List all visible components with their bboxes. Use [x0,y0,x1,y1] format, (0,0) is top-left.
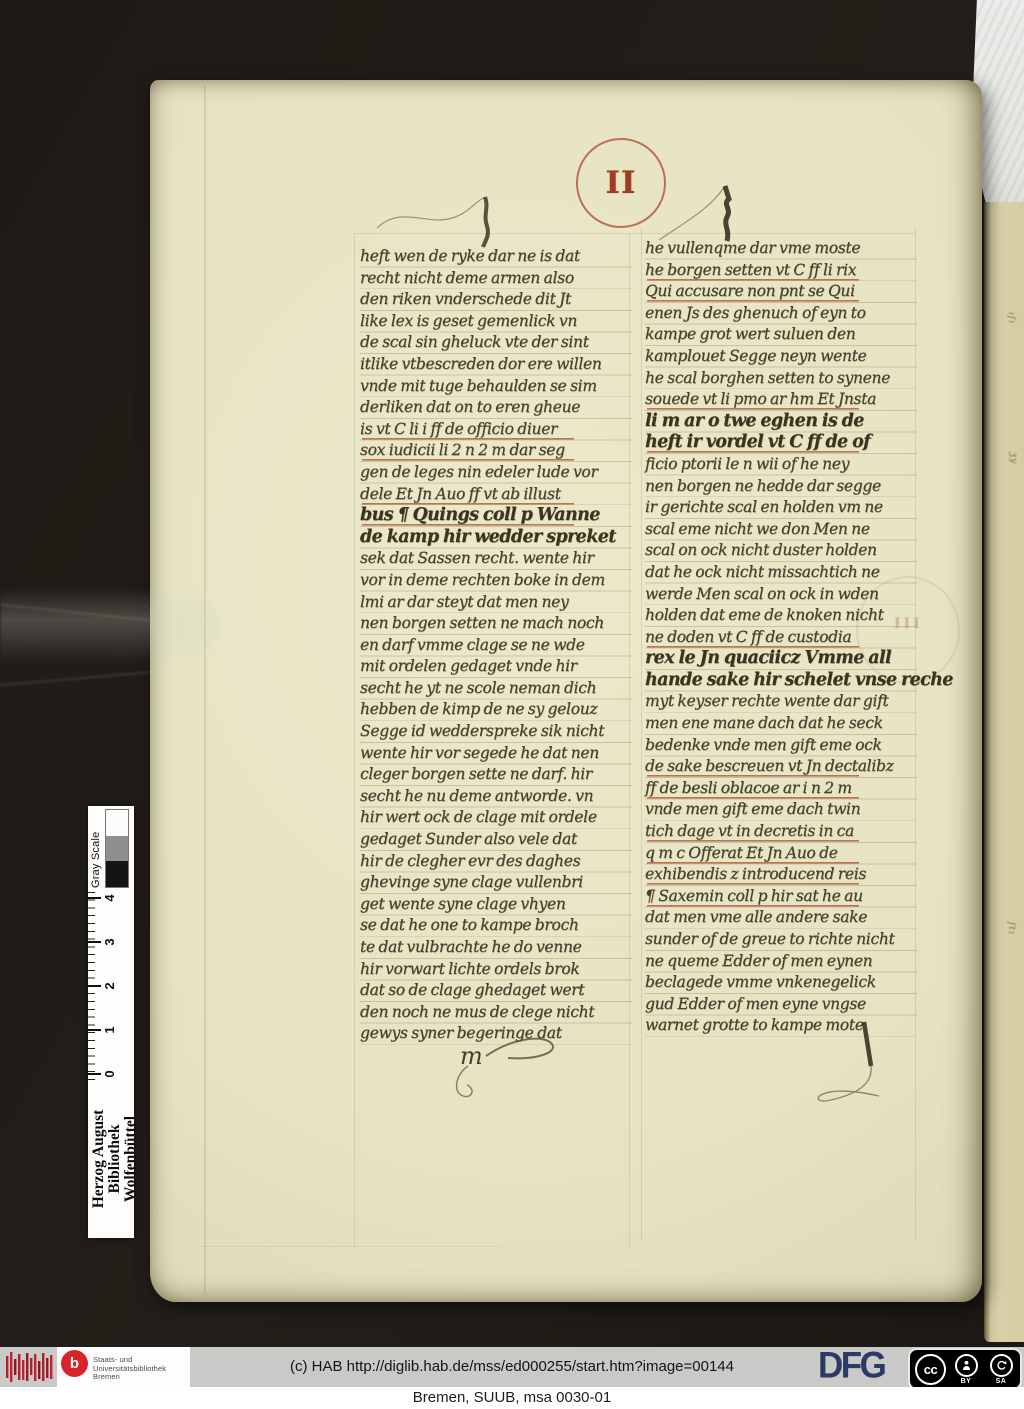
manuscript-line: de sake bescreuen vt Jn dectalibz [645,756,917,778]
manuscript-line: he borgen setten vt C ff li rix [645,260,917,282]
manuscript-line: vnde mit tuge behaulden se sim [360,376,632,398]
manuscript-line: souede vt li pmo ar hm Et Jnsta [645,389,917,411]
manuscript-line: men ene mane dach dat he seck [645,713,917,735]
manuscript-line: exhibendis z introducend reis [645,864,917,886]
ruler-number: 2 [102,980,117,992]
manuscript-line: holden dat eme de knoken nicht [645,605,917,627]
manuscript-line: kampe grot wert suluen den [645,324,917,346]
manuscript-line: en darf vmme clage se ne wde [360,635,632,657]
cc-by-label: BY [951,1378,981,1385]
manuscript-line: like lex is geset gemenlick vn [360,311,632,333]
manuscript-line: ne doden vt C ff de custodia [645,627,917,649]
cc-sa-label: SA [986,1378,1016,1385]
ruler-number-group: 0 [88,1068,134,1080]
manuscript-line: beclagede vmme vnkenegelick [645,972,917,994]
manuscript-line: nen borgen setten ne mach noch [360,613,632,635]
manuscript-line: is vt C li i ff de officio diuer [360,419,632,441]
grayscale-patches [105,809,129,888]
manuscript-line: de kamp hir wedder spreket [360,527,632,549]
manuscript-line: derliken dat on to eren gheue [360,397,632,419]
manuscript-line: rex le Jn quaciicz Vmme all [645,648,917,670]
manuscript-line: den noch ne mus de clege nicht [360,1002,632,1024]
manuscript-line: Segge id wedderspreke sik nicht [360,721,632,743]
cc-by-person-icon [955,1354,978,1377]
manuscript-line: bedenke vnde men gift eme ock [645,735,917,757]
page-holder-clip [0,588,218,664]
manuscript-line: hir vorwart lichte ordels brok [360,959,632,981]
catchword-flourish: m [442,1028,578,1124]
patch-black [106,861,128,887]
cc-icon: cc [915,1354,946,1385]
library-label: Herzog August Bibliothek Wolfenbüttel [88,1080,134,1238]
manuscript-line: den riken vnderschede dit Jt [360,289,632,311]
manuscript-line: dat he ock nicht missachtich ne [645,562,917,584]
cc-license-badge: cc BY SA [908,1348,1022,1390]
text-column-left: heft wen de ryke dar ne is datrecht nich… [360,246,632,1045]
manuscript-line: ne queme Edder of men eynen [645,951,917,973]
manuscript-line: nen borgen ne hedde dar segge [645,476,917,498]
manuscript-line: itlike vtbescreden dor ere willen [360,354,632,376]
cc-sa-arrow-icon [990,1354,1013,1377]
manuscript-line: sunder of de greue to richte nicht [645,929,917,951]
manuscript-line: secht he yt ne scole neman dich [360,678,632,700]
manuscript-line: get wente syne clage vhyen [360,894,632,916]
manuscript-line: dat so de clage ghedaget wert [360,980,632,1002]
manuscript-line: vnde men gift eme dach twin [645,799,917,821]
manuscript-line: scal on ock nicht duster holden [645,540,917,562]
ruler-number: 1 [102,1024,117,1036]
manuscript-line: he scal borghen setten to synene [645,368,917,390]
underlying-page-edge: ıſı ʒy ſtı [984,202,1024,1342]
ink-fragment: ſtı [1006,922,1016,935]
text-column-right: he vullenqme dar vme mostehe borgen sett… [645,238,917,1037]
ruler-number-group: 1 [88,1024,134,1036]
manuscript-line: werde Men scal on ock in wden [645,584,917,606]
manuscript-line: lmi ar dar steyt dat men ney [360,592,632,614]
dfg-logo: DFG [818,1344,884,1388]
shelfmark-text: Bremen, SUUB, msa 0030-01 [0,1387,1024,1408]
manuscript-line: secht he nu deme antworde. vn [360,786,632,808]
manuscript-line: sox iudicii li 2 n 2 m dar seg [360,440,632,462]
library-name-line2: Wolfenbüttel [123,1080,138,1238]
grayscale-block: Gray Scale [88,806,134,892]
manuscript-line: gen de leges nin edeler lude vor [360,462,632,484]
manuscript-line: ff de besli oblacoe ar i n 2 m [645,778,917,800]
manuscript-line: se dat he one to kampe broch [360,915,632,937]
ruler-number-group: 3 [88,936,134,948]
manuscript-line: q m c Offerat Et Jn Auo de [645,843,917,865]
pen-flourish-bottom-right [778,1018,910,1116]
ruler-number-group: 2 [88,980,134,992]
folio-number-circle: II [576,138,666,228]
manuscript-line: de scal sin gheluck vte der sint [360,332,632,354]
manuscript-photo: ıſı ʒy ſtı II III heft wen de ryke dar n… [0,0,1024,1347]
ruler-number: 3 [102,936,117,948]
manuscript-line: ficio ptorii le n wii of he ney [645,454,917,476]
grayscale-label: Gray Scale [90,809,102,888]
ruler-number: 0 [102,1068,117,1080]
cc-by-group: BY [951,1354,981,1385]
manuscript-line: heft ir vordel vt C ff de of [645,432,917,454]
manuscript-line: gedaget Sunder also vele dat [360,829,632,851]
column-rule [354,233,355,1247]
manuscript-line: sek dat Sassen recht. wente hir [360,548,632,570]
screenshot-stage: ıſı ʒy ſtı II III heft wen de ryke dar n… [0,0,1024,1409]
frame-rule [200,1246,500,1247]
ruler-number: 4 [102,892,117,904]
manuscript-line: cleger borgen sette ne darf. hir [360,764,632,786]
ink-fragment: ʒy [1008,452,1018,464]
manuscript-line: ghevinge syne clage vullenbri [360,872,632,894]
catchword-text: m [460,1042,483,1070]
manuscript-line: te dat vulbrachte he do venne [360,937,632,959]
cc-sa-group: SA [986,1354,1016,1385]
manuscript-line: myt keyser rechte wente dar gift [645,691,917,713]
manuscript-line: wente hir vor segede he dat nen [360,743,632,765]
page-crease [204,86,206,1294]
patch-white [106,810,128,836]
pen-flourish-top-right [655,178,747,256]
manuscript-line: dele Et Jn Auo ff vt ab illust [360,484,632,506]
footer-caption-strip: Bremen, SUUB, msa 0030-01 [0,1387,1024,1409]
manuscript-line: Qui accusare non pnt se Qui [645,281,917,303]
patch-gray [106,836,128,862]
manuscript-line: bus ¶ Quings coll p Wanne [360,505,632,527]
ink-fragment: ıſı [1006,312,1016,324]
manuscript-line: scal eme nicht we don Men ne [645,519,917,541]
manuscript-line: enen Js des ghenuch of eyn to [645,303,917,325]
manuscript-line: vor in deme rechten boke in dem [360,570,632,592]
manuscript-line: mit ordelen gedaget vnde hir [360,656,632,678]
footer-bar: b Staats- und Universitätsbibliothek Bre… [0,1347,1024,1409]
ruler-inner: Herzog August Bibliothek Wolfenbüttel 01… [88,806,134,1238]
ruler-scale: 01234 [88,892,134,1080]
cc-letters: cc [924,1362,937,1377]
grayscale-ruler-strip: Herzog August Bibliothek Wolfenbüttel 01… [88,806,134,1238]
manuscript-line: hande sake hir schelet vnse reche [645,670,917,692]
manuscript-line: ir gerichte scal en holden vm ne [645,497,917,519]
ruler-number-group: 4 [88,892,134,904]
column-rule [641,227,642,1241]
folio-number: II [605,165,636,201]
library-name-line1: Herzog August Bibliothek [91,1080,123,1238]
manuscript-line: ¶ Saxemin coll p hir sat he au [645,886,917,908]
manuscript-line: gud Edder of men eyne vngse [645,994,917,1016]
manuscript-page: II III heft wen de ryke dar ne is datrec… [150,80,982,1302]
manuscript-line: tich dage vt in decretis in ca [645,821,917,843]
manuscript-line: hir de clegher evr des daghes [360,851,632,873]
manuscript-line: hebben de kimp de ne sy gelouz [360,699,632,721]
manuscript-line: li m ar o twe eghen is de [645,411,917,433]
manuscript-line: recht nicht deme armen also [360,268,632,290]
manuscript-line: kamplouet Segge neyn wente [645,346,917,368]
ruler-numbers: 01234 [88,892,134,1080]
pen-flourish-top-left [372,188,522,250]
manuscript-line: hir wert ock de clage mit ordele [360,807,632,829]
manuscript-line: dat men vme alle andere sake [645,907,917,929]
